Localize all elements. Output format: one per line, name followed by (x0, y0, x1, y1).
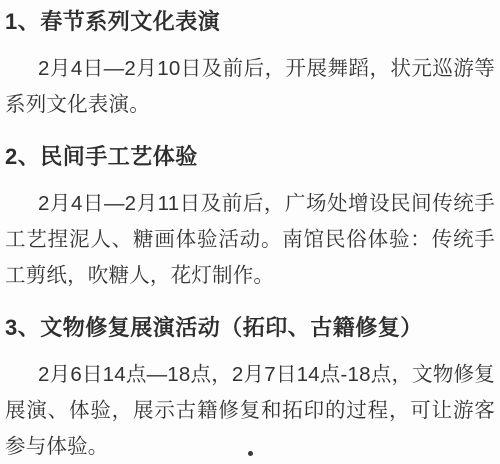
section-folk-handicraft-experience: 2、民间手工艺体验 2月4日—2月11日及前后，广场处增设民间传统手工艺捏泥人、… (5, 143, 495, 294)
section-spring-festival-performances: 1、春节系列文化表演 2月4日—2月10日及前后，开展舞蹈，状元巡游等系列文化表… (5, 8, 495, 123)
section-paragraph-2: 2月4日—2月11日及前后，广场处增设民间传统手工艺捏泥人、糖画体验活动。南馆民… (5, 186, 495, 294)
stray-dot-mark (248, 451, 253, 456)
section-paragraph-3: 2月6日14点—18点，2月7日14点-18点，文物修复展演、体验，展示古籍修复… (5, 357, 495, 464)
section-heading-2: 2、民间手工艺体验 (5, 143, 495, 171)
section-heading-1: 1、春节系列文化表演 (5, 8, 495, 36)
document-page: 1、春节系列文化表演 2月4日—2月10日及前后，开展舞蹈，状元巡游等系列文化表… (0, 0, 500, 464)
section-heading-3: 3、文物修复展演活动（拓印、古籍修复） (5, 314, 495, 342)
section-paragraph-1: 2月4日—2月10日及前后，开展舞蹈，状元巡游等系列文化表演。 (5, 51, 495, 123)
section-relic-restoration-show: 3、文物修复展演活动（拓印、古籍修复） 2月6日14点—18点，2月7日14点-… (5, 314, 495, 464)
